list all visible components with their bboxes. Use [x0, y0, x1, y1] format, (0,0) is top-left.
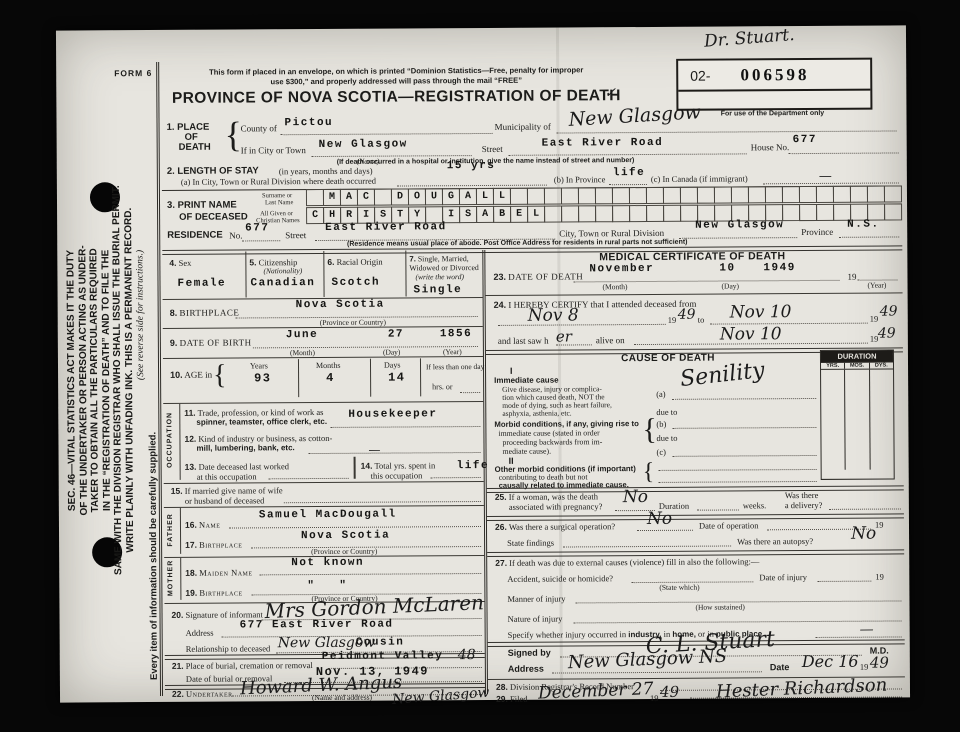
street-label: Street [482, 144, 503, 154]
relationship-label: Relationship to deceased [186, 643, 271, 654]
dotted-line [634, 342, 868, 345]
racial-origin-value: Scotch [331, 277, 380, 289]
dotted-line [556, 343, 592, 345]
s7-label-1: 7. Single, Married, [409, 254, 468, 263]
attended-to-hw: Nov 10 [730, 302, 792, 322]
letter-cell [595, 187, 613, 204]
letter-cell: L [476, 188, 494, 205]
letter-cell: A [476, 206, 494, 223]
row-rule [163, 325, 483, 329]
duration-col-mos: MOS. [845, 363, 869, 369]
injury-date-label: Date of injury [759, 572, 807, 582]
dotted-line [431, 476, 481, 478]
burial-place-hw: 48 [458, 647, 476, 663]
informant-address-label: Address [186, 628, 214, 638]
s7-label-2: Widowed or Divorced [409, 263, 478, 272]
age-months: 4 [326, 371, 335, 385]
operation-date-label: Date of operation [699, 520, 759, 530]
dotted-line [281, 132, 493, 135]
doctor-annotation: Dr. Stuart. [703, 25, 795, 52]
total-years-value: life [457, 460, 489, 472]
informant-address-value: 677 East River Road [240, 619, 394, 632]
dept-prefix: 02- [678, 67, 710, 83]
delivery-label-2: a delivery? [785, 500, 823, 510]
cell-divider [298, 359, 299, 397]
dept-serial-number: 006598 [740, 65, 809, 85]
s12-label-1: 12. Kind of industry or business, as cot… [184, 433, 332, 444]
s24-label: 24. I HEREBY CERTIFY that I attended dec… [494, 299, 697, 310]
father-name-value: Samuel MacDougall [259, 509, 397, 522]
group-divider [179, 404, 180, 480]
delivery-label-1: Was there [785, 490, 819, 500]
age-months-label: Months [316, 361, 341, 370]
mother-maiden-name-value: Not known [291, 557, 364, 569]
letter-cell [646, 205, 664, 222]
letter-cell [884, 185, 902, 202]
s2-b-value: life [613, 167, 645, 179]
dotted-line [552, 670, 762, 673]
dotted-line [697, 508, 739, 510]
letter-cell: B [493, 206, 511, 223]
letter-cell [510, 188, 528, 205]
death-month-caption: (Month) [603, 282, 628, 291]
dotted-line [330, 425, 480, 428]
how-sustained-caption: (How sustained) [695, 602, 744, 611]
s9-label: 9. DATE OF BIRTH [170, 337, 252, 347]
residence-province-label: Province [801, 227, 833, 237]
letter-cell [782, 204, 800, 221]
s10-brace: { [213, 360, 227, 392]
municipality-value-hw: New Glasgow [568, 101, 701, 131]
sign-date-hw: Dec 16 [802, 652, 859, 671]
death-year-caption: (Year) [867, 281, 886, 290]
death-year: 1949 [763, 262, 795, 274]
yr3-hw: 49 [878, 325, 896, 341]
s2-c-label: (c) In Canada (if immigrant) [651, 173, 748, 184]
dotted-line [557, 129, 897, 133]
section-rule [487, 513, 904, 521]
letter-cell [561, 187, 579, 204]
dept-caption: For use of the Department only [676, 110, 868, 118]
letter-cell [850, 186, 868, 203]
duration-title: DURATION [821, 350, 893, 362]
row-rule [163, 400, 483, 404]
letter-cell [765, 186, 783, 203]
letter-cell [782, 186, 800, 203]
death-year-prefix: 19 [847, 272, 856, 282]
dotted-line [839, 235, 899, 237]
s26-label: 26. Was there a surgical operation? [495, 521, 615, 532]
s6-label: 6. Racial Origin [327, 257, 382, 267]
birth-year: 1856 [440, 328, 472, 340]
letter-cell [578, 205, 596, 222]
birth-month: June [286, 329, 318, 341]
cause-mark-1: I [510, 366, 513, 376]
s13-label-1: 13. Date deceased last worked [185, 461, 289, 472]
to-label: to [698, 315, 705, 325]
s22-caption: (Name and address) [312, 693, 372, 702]
s3-title-2: OF DECEASED [179, 211, 248, 222]
letter-cell [714, 186, 732, 203]
cell-divider [370, 359, 371, 397]
sign-yr: 19 [860, 662, 869, 672]
s25-label-2: associated with pregnancy? [509, 501, 603, 512]
letter-cell [578, 187, 596, 204]
group-divider [180, 508, 181, 554]
letter-cell: M [323, 189, 341, 206]
letter-cell [663, 205, 681, 222]
dotted-line [284, 500, 481, 503]
dotted-line [309, 451, 481, 454]
occupation-group-label: OCCUPATION [166, 402, 173, 478]
sex-value: Female [177, 278, 226, 290]
letter-cell: A [340, 189, 358, 206]
age-less-label: If less than one day [426, 362, 484, 371]
letter-cell [697, 187, 715, 204]
residence-city-value: New Glasgow [695, 219, 784, 232]
s12-label-2: mill, lumbering, bank, etc. [196, 443, 294, 453]
s23-label: 23. DATE OF DEATH [493, 271, 583, 282]
letter-cell [561, 205, 579, 222]
residence-no-label: No. [229, 230, 242, 240]
letter-cell: A [459, 188, 477, 205]
s7-label-3: (write the word) [415, 272, 464, 281]
county-value: Pictou [284, 117, 333, 129]
birth-day: 27 [388, 328, 404, 340]
last-saw-label: and last saw h [498, 336, 549, 346]
letter-cell [799, 186, 817, 203]
s17-label: 17. Birthplace [185, 539, 242, 549]
s1-brace: { [224, 113, 242, 155]
morbid-label-3: proceeding backwards from im- [502, 437, 602, 447]
s26-yr: 19 [875, 520, 884, 530]
s18-label: 18. Maiden Name [185, 567, 252, 577]
pregnancy-answer-hw: No [623, 487, 648, 507]
letter-cell [816, 186, 834, 203]
s14-label-2: this occupation [371, 470, 423, 480]
filed-date-hw: December 27 [538, 679, 654, 704]
residence-no-value: 677 [245, 222, 269, 234]
dotted-line [829, 507, 901, 509]
row-rule [163, 355, 483, 359]
morbid-brace: { [642, 413, 657, 447]
yr2-prefix: 19 [870, 314, 879, 324]
cell-divider [354, 457, 356, 479]
dotted-line [574, 619, 902, 623]
s1-label-death: DEATH [179, 142, 211, 153]
dotted-line [763, 181, 899, 184]
cause-a-label: (a) [656, 389, 665, 399]
sign-yr-hw: 49 [870, 654, 889, 672]
s3-title-1: 3. PRINT NAME [167, 200, 237, 211]
letter-cell: G [442, 188, 460, 205]
marital-value: Single [414, 284, 463, 296]
dotted-line [816, 635, 902, 638]
physician-address-label: Address [508, 664, 544, 674]
residence-street-label: Street [285, 230, 306, 240]
county-label: County of [241, 123, 277, 133]
letter-cell [748, 186, 766, 203]
dotted-line [672, 397, 816, 400]
letter-cell: D [391, 188, 409, 205]
age-years: 93 [254, 371, 271, 385]
residence-province-value: N.S. [847, 219, 879, 231]
filed-yr-hw: 49 [660, 683, 679, 701]
age-days: 14 [388, 370, 405, 384]
occupation-value: Housekeeper [348, 408, 437, 421]
cell-divider [405, 250, 406, 296]
sign-date-label: Date [770, 662, 790, 672]
autopsy-label: Was there an autopsy? [737, 536, 813, 546]
letter-cell: U [425, 188, 443, 205]
s2-a-value: 15 yrs [447, 160, 496, 172]
letter-cell: E [510, 206, 528, 223]
residence-label: RESIDENCE [167, 230, 223, 241]
alive-on-label: alive on [596, 335, 625, 345]
letter-cell: S [459, 206, 477, 223]
dotted-line [460, 391, 480, 393]
mother-birthplace-ditto-right: ″ [339, 580, 347, 592]
duration-col-yrs: YRS. [821, 363, 845, 369]
industry-value: — [368, 443, 380, 457]
weeks-label: weeks. [743, 500, 766, 510]
s21-label: 21. Place of burial, cremation or remova… [172, 660, 313, 671]
death-day-caption: (Day) [722, 281, 740, 290]
title-checkmark: ✓ [604, 85, 616, 101]
letter-cell [663, 187, 681, 204]
letter-cell [612, 205, 630, 222]
dotted-line [269, 477, 349, 479]
dotted-line [659, 468, 817, 471]
row-rule [486, 291, 903, 296]
municipality-label: Municipality of [495, 122, 551, 132]
accident-label: Accident, suicide or homicide? [507, 573, 613, 584]
s15-label-2: or husband of deceased [185, 495, 265, 505]
s22-label: 22. Undertaker [172, 689, 233, 699]
morbid-label-1: Morbid conditions, if any, giving rise t… [494, 419, 639, 429]
s20-label: 20. Signature of informant [171, 609, 262, 620]
operation-answer-hw: No [647, 509, 672, 529]
yr1-hw: 49 [678, 307, 696, 323]
dotted-line [498, 323, 666, 326]
letter-cell [816, 204, 834, 221]
street-value: East River Road [542, 137, 664, 150]
letter-cell [629, 187, 647, 204]
s11-label-2: spinner, teamster, office clerk, etc. [196, 417, 327, 427]
citizenship-value: Canadian [250, 277, 315, 289]
duration-box: DURATION YRS. MOS. DYS. [820, 349, 895, 479]
death-month: November [589, 263, 654, 275]
s29-label: 29. Filed [496, 694, 527, 704]
findings-label: State findings [507, 538, 554, 548]
dotted-line [789, 151, 899, 154]
letter-cell [544, 206, 562, 223]
envelope-note-line2: use $300,” and properly addressed will p… [161, 75, 631, 87]
letter-cell [646, 187, 664, 204]
letter-cell [527, 188, 545, 205]
letter-cell [595, 205, 613, 222]
s2-title: 2. LENGTH OF STAY [167, 165, 259, 177]
dotted-line [637, 529, 693, 531]
letter-cell: L [493, 188, 511, 205]
s5-sublabel: (Nationality) [263, 266, 302, 275]
relationship-value: Cousin [356, 636, 405, 648]
autopsy-answer-hw: No [851, 524, 876, 544]
letter-cell [799, 204, 817, 221]
dotted-line [673, 454, 817, 457]
form-title: PROVINCE OF NOVA SCOTIA—REGISTRATION OF … [161, 87, 631, 108]
age-hrs-label: hrs. or [432, 382, 453, 391]
s2-b-label: (b) In Province [554, 174, 606, 184]
s10-label: 10. AGE in [170, 370, 212, 380]
letter-cell [731, 186, 749, 203]
burial-place-value: Peidmont Valley [322, 650, 444, 663]
margin-notice: SEC. 46—VITAL STATISTICS ACT MAKES IT TH… [64, 80, 160, 681]
s14-label-1: 14. Total yrs. spent in [361, 460, 436, 470]
due-to-1: due to [656, 407, 677, 417]
residence-street-value: East River Road [325, 221, 447, 234]
s13-label-2: at this occupation [197, 471, 257, 481]
dotted-line [817, 580, 871, 582]
dotted-line [509, 152, 747, 155]
s27-label: 27. If death was due to external causes … [495, 556, 759, 568]
letter-cell: L [527, 206, 545, 223]
house-no-value: 677 [793, 134, 817, 146]
group-divider [180, 558, 181, 600]
cell-divider [323, 251, 324, 297]
letter-cell [544, 188, 562, 205]
morbid-label-4: mediate cause). [503, 447, 552, 456]
cell-divider [420, 358, 421, 396]
house-no-label: House No. [751, 142, 790, 152]
other-brace: { [643, 459, 655, 486]
letter-cell [374, 189, 392, 206]
signed-by-label: Signed by [508, 648, 551, 658]
letter-cell [833, 186, 851, 203]
city-town-label: If in City or Town [241, 145, 306, 155]
scanned-death-certificate: FORM 6 SEC. 46—VITAL STATISTICS ACT MAKE… [0, 0, 960, 732]
dotted-line [259, 572, 481, 575]
nature-label: Nature of injury [508, 614, 563, 624]
yr1-prefix: 19 [668, 315, 677, 325]
medical-cert-title: MEDICAL CERTIFICATE OF DEATH [489, 249, 895, 263]
age-years-label: Years [250, 361, 268, 370]
form-paper: FORM 6 SEC. 46—VITAL STATISTICS ACT MAKE… [56, 25, 910, 702]
s2-a-label: (a) In City, Town or Rural Division wher… [181, 176, 376, 187]
s4-label: 4. Sex [169, 258, 191, 268]
dotted-line [229, 525, 481, 529]
letter-cell [612, 187, 630, 204]
form-number: FORM 6 [114, 68, 152, 78]
filed-yr: 19 [650, 693, 659, 703]
dotted-line [563, 544, 731, 547]
father-birthplace-value: Nova Scotia [301, 530, 390, 543]
residence-city-label: City, Town or Rural Division [559, 228, 664, 239]
letter-cell [867, 186, 885, 203]
surname-letter-boxes: MACDOUGALL [307, 185, 902, 206]
city-town-value: New Glasgow [319, 138, 408, 151]
dotted-line [672, 426, 816, 429]
s15-label-1: 15. If married give name of wife [171, 485, 283, 496]
department-box: 02- 006598 [676, 58, 872, 111]
dotted-line [397, 184, 547, 187]
letter-cell [306, 189, 324, 206]
s25-label-1: 25. If a woman, was the death [495, 491, 598, 502]
s16-label: 16. Name [185, 520, 220, 530]
father-group-label: FATHER [167, 506, 174, 554]
cell-divider [245, 251, 246, 297]
duration-col-dys: DYS. [870, 362, 893, 368]
s2-title-suffix: (in years, months and days) [279, 166, 373, 177]
age-days-label: Days [384, 361, 401, 370]
dotted-line [609, 183, 647, 185]
immediate-cause-label: Immediate cause [494, 376, 559, 385]
imm-desc-4: asphyxia, asthenia, etc. [502, 408, 571, 417]
surname-caption-2: Last Name [265, 199, 293, 206]
dotted-line [312, 154, 472, 157]
birthplace-value: Nova Scotia [296, 299, 385, 312]
mother-group-label: MOTHER [167, 556, 174, 600]
s27-yr: 19 [875, 572, 884, 582]
letter-cell [629, 205, 647, 222]
letter-cell: C [306, 207, 324, 224]
death-day: 10 [719, 262, 735, 274]
letter-cell [884, 203, 902, 220]
cause-b-label: (b) [656, 419, 666, 429]
manner-label: Manner of injury [507, 594, 565, 604]
dotted-line [659, 480, 817, 483]
mother-birthplace-ditto-left: ″ [307, 580, 315, 592]
due-to-2: due to [656, 433, 677, 443]
letter-cell: O [408, 188, 426, 205]
cause-c-label: (c) [657, 447, 666, 457]
state-which-caption: (State which) [659, 583, 699, 592]
letter-cell: C [357, 189, 375, 206]
s8-label: 8. BIRTHPLACE [170, 307, 240, 317]
letter-cell [680, 187, 698, 204]
physician-address-hw: New Glasgow NS [567, 646, 727, 674]
yr2-hw: 49 [880, 303, 898, 319]
s19-label: 19. Birthplace [185, 587, 242, 597]
